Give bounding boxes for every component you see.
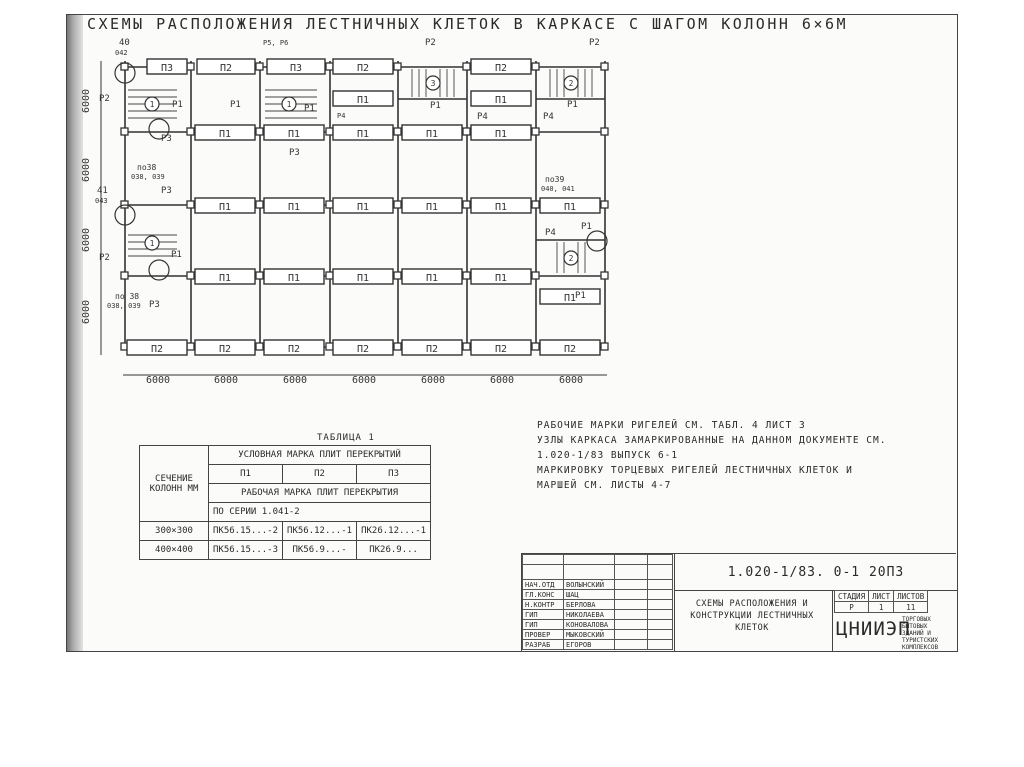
divider <box>674 590 675 652</box>
svg-text:6000: 6000 <box>81 300 92 324</box>
role-cell: ПРОВЕР <box>523 630 564 640</box>
svg-text:6000: 6000 <box>81 228 92 252</box>
svg-text:Р1: Р1 <box>575 291 586 301</box>
role-cell: Н.КОНТР <box>523 600 564 610</box>
mark-cell: П1 <box>209 465 283 484</box>
svg-text:Р2: Р2 <box>99 253 110 263</box>
svg-text:1: 1 <box>287 100 292 109</box>
svg-text:Р1: Р1 <box>172 100 183 110</box>
divider <box>832 590 833 652</box>
svg-text:6000: 6000 <box>559 375 583 386</box>
svg-text:П2: П2 <box>564 344 576 355</box>
svg-text:П1: П1 <box>219 129 231 140</box>
svg-text:П1: П1 <box>357 202 369 213</box>
name-cell: НИКОЛАЕВА <box>564 610 615 620</box>
sheets-header: ЛИСТОВ <box>894 591 928 602</box>
signatures-table: НАЧ.ОТДВОЛЫНСКИЙ ГЛ.КОНСШАЦ Н.КОНТРБЕРЛО… <box>522 554 673 650</box>
svg-text:по 38: по 38 <box>115 292 139 301</box>
svg-text:П2: П2 <box>151 344 163 355</box>
svg-text:П1: П1 <box>426 129 438 140</box>
svg-text:П3: П3 <box>290 63 302 74</box>
svg-text:Р3: Р3 <box>161 186 172 196</box>
svg-text:1: 1 <box>150 100 155 109</box>
org-logo: ЦНИИЭП <box>836 618 911 640</box>
svg-text:П1: П1 <box>288 202 300 213</box>
floor-plan: П3 П2П3П2П2 П1П1 П1П1П1П1П1 П1П1П1П1П1П1… <box>67 15 957 415</box>
svg-text:П1: П1 <box>288 129 300 140</box>
section-cell: 400×400 <box>140 541 209 560</box>
drawing-sheet: СХЕМЫ РАСПОЛОЖЕНИЯ ЛЕСТНИЧНЫХ КЛЕТОК В К… <box>66 14 958 652</box>
role-cell: ГИП <box>523 610 564 620</box>
notes-block: РАБОЧИЕ МАРКИ РИГЕЛЕЙ СМ. ТАБЛ. 4 ЛИСТ 3… <box>537 418 886 493</box>
svg-text:П1: П1 <box>219 273 231 284</box>
note-line: МАРКИРОВКУ ТОРЦЕВЫХ РИГЕЛЕЙ ЛЕСТНИЧНЫХ К… <box>537 463 886 478</box>
work-mark-header: РАБОЧАЯ МАРКА ПЛИТ ПЕРЕКРЫТИЯ <box>209 484 431 503</box>
svg-text:Р3: Р3 <box>161 134 172 144</box>
svg-text:П2: П2 <box>495 63 507 74</box>
svg-text:038, 039: 038, 039 <box>107 302 141 310</box>
svg-text:2: 2 <box>569 79 574 88</box>
svg-text:П1: П1 <box>564 202 576 213</box>
svg-text:Р2: Р2 <box>425 38 436 48</box>
org-subtitle: ТОРГОВЫХ БЫТОВЫХ ЗДАНИЙ И ТУРИСТСКИХ КОМ… <box>902 616 952 651</box>
svg-text:042: 042 <box>115 49 128 57</box>
svg-text:Р3: Р3 <box>149 300 160 310</box>
svg-text:6000: 6000 <box>421 375 445 386</box>
svg-text:Р1: Р1 <box>230 100 241 110</box>
svg-text:П1: П1 <box>288 273 300 284</box>
name-cell: ВОЛЫНСКИЙ <box>564 580 615 590</box>
svg-text:Р1: Р1 <box>581 222 592 232</box>
svg-text:6000: 6000 <box>283 375 307 386</box>
svg-text:П2: П2 <box>357 63 369 74</box>
sheet-description: СХЕМЫ РАСПОЛОЖЕНИЯ И КОНСТРУКЦИИ ЛЕСТНИЧ… <box>677 598 827 634</box>
svg-text:Р2: Р2 <box>99 94 110 104</box>
svg-text:Р4: Р4 <box>545 228 556 238</box>
svg-text:3: 3 <box>431 79 436 88</box>
value-cell: ПК56.15...-2 <box>209 522 283 541</box>
sheet-value: 1 <box>869 602 894 613</box>
svg-text:Р1: Р1 <box>430 101 441 111</box>
name-cell: ЕГОРОВ <box>564 640 615 650</box>
svg-text:П1: П1 <box>357 95 369 106</box>
role-cell: ГИП <box>523 620 564 630</box>
name-cell: МЫКОВСКИЙ <box>564 630 615 640</box>
value-cell: ПК26.12...-1 <box>357 522 431 541</box>
svg-text:Р5, Р6: Р5, Р6 <box>263 39 288 47</box>
series-cell: ПО СЕРИИ 1.041-2 <box>209 503 431 522</box>
svg-text:П2: П2 <box>220 63 232 74</box>
svg-text:П2: П2 <box>219 344 231 355</box>
name-cell: БЕРЛОВА <box>564 600 615 610</box>
value-cell: ПК56.12...-1 <box>283 522 357 541</box>
document-code: 1.020-1/83. 0-1 20ПЗ <box>674 554 957 591</box>
svg-text:Р4: Р4 <box>543 112 554 122</box>
mark-cell: П3 <box>357 465 431 484</box>
svg-text:040, 041: 040, 041 <box>541 185 575 193</box>
svg-text:Р4: Р4 <box>477 112 488 122</box>
cond-mark-header: УСЛОВНАЯ МАРКА ПЛИТ ПЕРЕКРЫТИЙ <box>209 446 431 465</box>
svg-text:П1: П1 <box>426 273 438 284</box>
table-caption: ТАБЛИЦА 1 <box>317 433 375 443</box>
svg-text:П1: П1 <box>357 273 369 284</box>
svg-text:6000: 6000 <box>490 375 514 386</box>
svg-text:Р4: Р4 <box>337 112 345 120</box>
table-row: 300×300 ПК56.15...-2 ПК56.12...-1 ПК26.1… <box>140 522 431 541</box>
column-section-header: СЕЧЕНИЕ КОЛОНН ММ <box>140 446 209 522</box>
svg-text:40: 40 <box>119 38 130 48</box>
svg-text:6000: 6000 <box>81 158 92 182</box>
slab-marks-table: СЕЧЕНИЕ КОЛОНН ММ УСЛОВНАЯ МАРКА ПЛИТ ПЕ… <box>139 445 431 560</box>
svg-text:по38: по38 <box>137 163 156 172</box>
svg-text:П1: П1 <box>495 273 507 284</box>
svg-text:по39: по39 <box>545 175 564 184</box>
stage-header: СТАДИЯ <box>835 591 869 602</box>
stage-value: Р <box>835 602 869 613</box>
svg-text:П2: П2 <box>288 344 300 355</box>
sheet-header: ЛИСТ <box>869 591 894 602</box>
svg-text:2: 2 <box>569 254 574 263</box>
role-cell: ГЛ.КОНС <box>523 590 564 600</box>
value-cell: ПК56.9...- <box>283 541 357 560</box>
svg-text:Р3: Р3 <box>289 148 300 158</box>
svg-text:038, 039: 038, 039 <box>131 173 165 181</box>
svg-text:6000: 6000 <box>214 375 238 386</box>
svg-text:П1: П1 <box>357 129 369 140</box>
svg-text:Р1: Р1 <box>567 100 578 110</box>
note-line: 1.020-1/83 ВЫПУСК 6-1 <box>537 448 886 463</box>
section-cell: 300×300 <box>140 522 209 541</box>
mark-cell: П2 <box>283 465 357 484</box>
name-cell: ШАЦ <box>564 590 615 600</box>
svg-text:6000: 6000 <box>81 89 92 113</box>
svg-text:П2: П2 <box>357 344 369 355</box>
svg-text:41: 41 <box>97 186 108 196</box>
value-cell: ПК56.15...-3 <box>209 541 283 560</box>
svg-text:П2: П2 <box>426 344 438 355</box>
title-block: НАЧ.ОТДВОЛЫНСКИЙ ГЛ.КОНСШАЦ Н.КОНТРБЕРЛО… <box>521 553 956 652</box>
svg-text:6000: 6000 <box>352 375 376 386</box>
table-row: 400×400 ПК56.15...-3 ПК56.9...- ПК26.9..… <box>140 541 431 560</box>
stage-table: СТАДИЯЛИСТЛИСТОВ Р111 <box>834 590 928 613</box>
sheets-value: 11 <box>894 602 928 613</box>
svg-text:043: 043 <box>95 197 108 205</box>
svg-text:1: 1 <box>150 239 155 248</box>
svg-text:6000: 6000 <box>146 375 170 386</box>
role-cell: РАЗРАБ <box>523 640 564 650</box>
note-line: РАБОЧИЕ МАРКИ РИГЕЛЕЙ СМ. ТАБЛ. 4 ЛИСТ 3 <box>537 418 886 433</box>
role-cell: НАЧ.ОТД <box>523 580 564 590</box>
svg-text:Р1: Р1 <box>304 104 315 114</box>
value-cell: ПК26.9... <box>357 541 431 560</box>
svg-text:Р1: Р1 <box>171 250 182 260</box>
svg-text:П1: П1 <box>495 95 507 106</box>
name-cell: КОНОВАЛОВА <box>564 620 615 630</box>
svg-text:П3: П3 <box>161 63 173 74</box>
svg-text:П1: П1 <box>426 202 438 213</box>
note-line: УЗЛЫ КАРКАСА ЗАМАРКИРОВАННЫЕ НА ДАННОМ Д… <box>537 433 886 448</box>
svg-text:П1: П1 <box>219 202 231 213</box>
svg-text:П1: П1 <box>495 129 507 140</box>
svg-text:Р2: Р2 <box>589 38 600 48</box>
svg-text:П2: П2 <box>495 344 507 355</box>
svg-text:П1: П1 <box>495 202 507 213</box>
note-line: МАРШЕЙ СМ. ЛИСТЫ 4-7 <box>537 478 886 493</box>
